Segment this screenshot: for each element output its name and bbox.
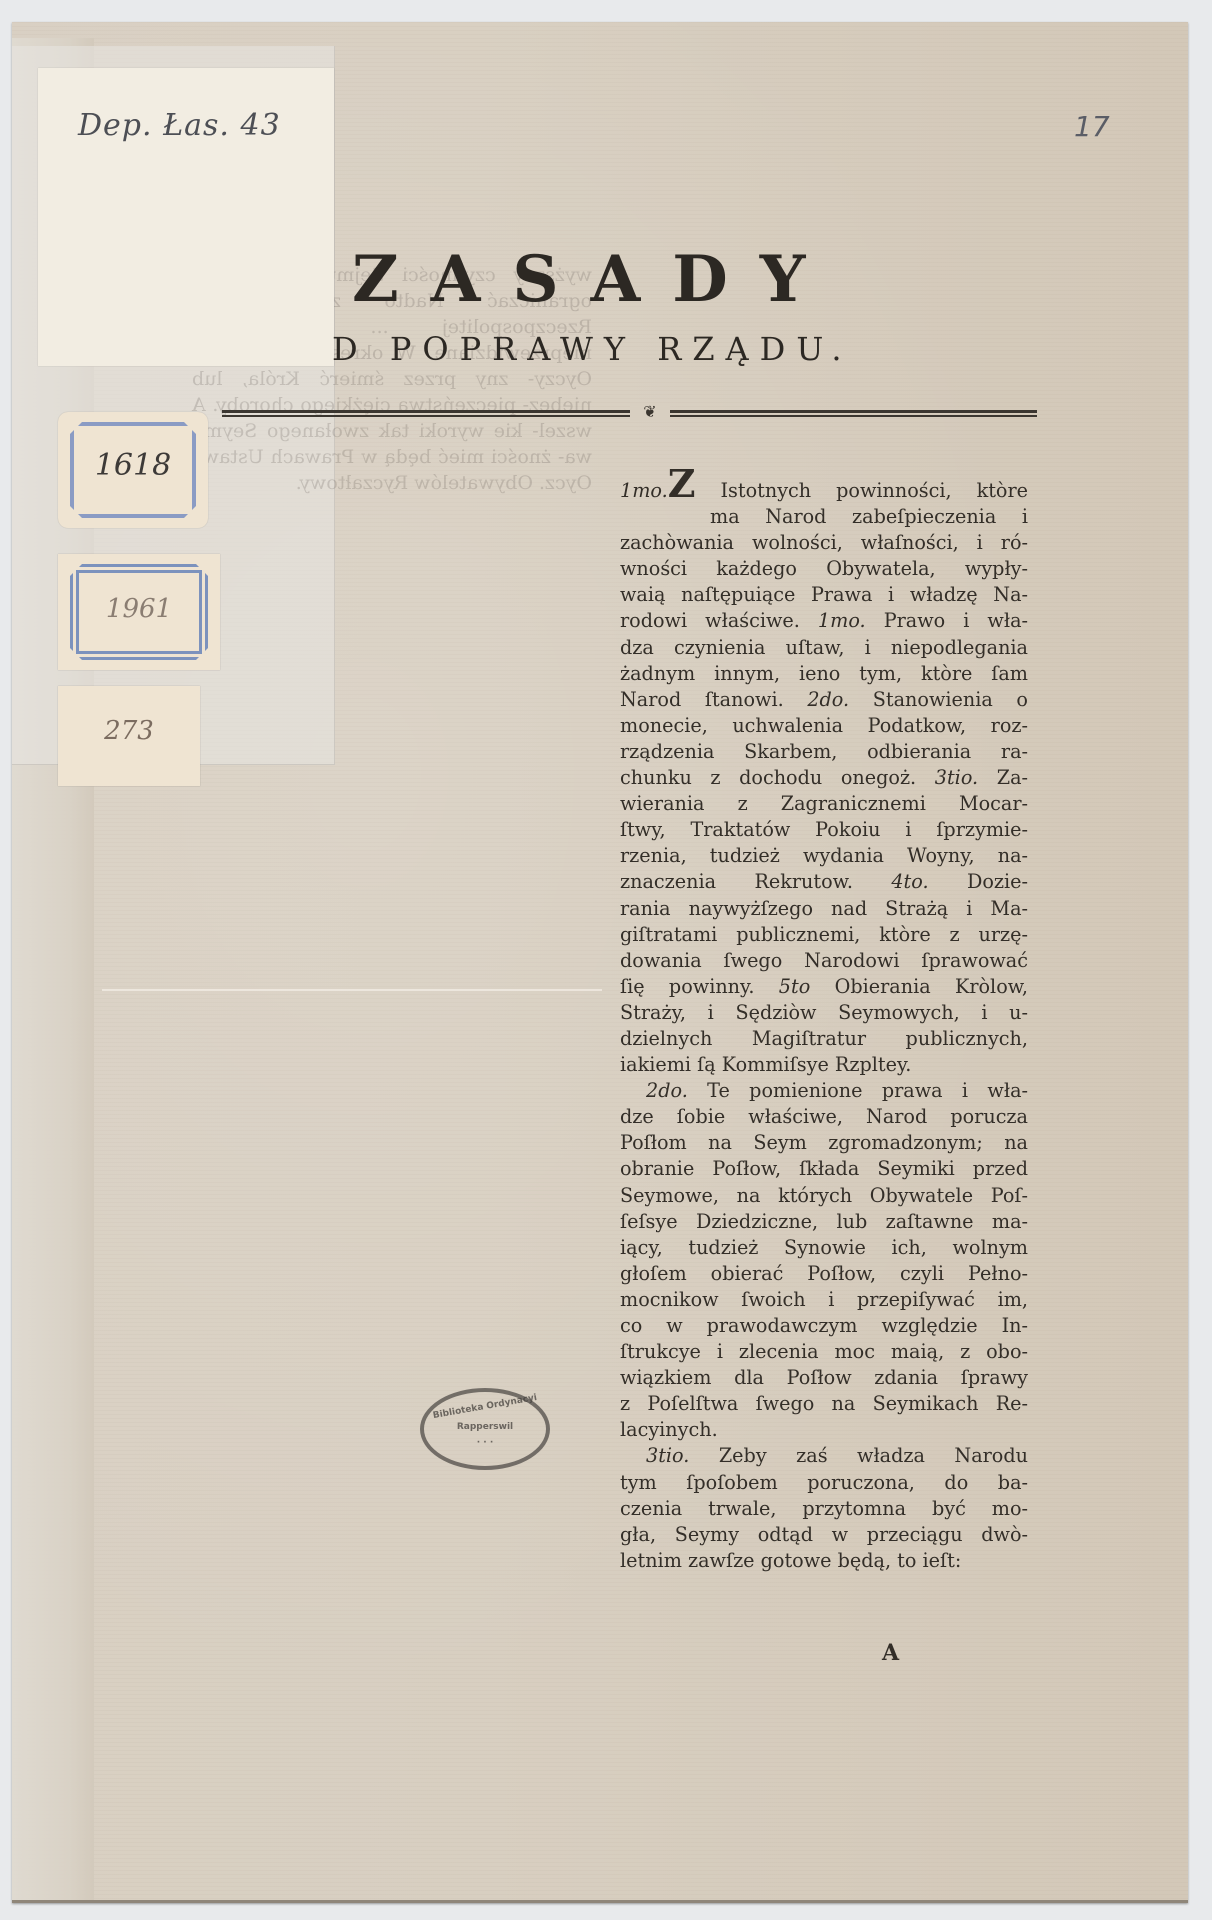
document-page: wyższey czynności Sejmu też Wojsko ogran… <box>12 22 1188 1903</box>
text-line: gła, Seymy odtąd w przeciągu dwò- <box>620 1522 1028 1548</box>
text-line: głoſem obierać Poſłow, czyli Pełno- <box>620 1261 1028 1287</box>
catchword: A <box>882 1640 899 1666</box>
text-line: ſtwy, Traktatów Pokoiu i ſprzymie- <box>620 817 1028 843</box>
text-line: dza czynienia uſtaw, i niepodlegania <box>620 635 1028 661</box>
section-number: 2do. <box>807 688 849 711</box>
text-line: Narod ſtanowi. 2do. Stanowienia o <box>620 687 1028 713</box>
text-line: z Poſelſtwa ſwego na Seymikach Re- <box>620 1391 1028 1417</box>
section-number: 4to. <box>891 870 928 893</box>
text-line: lacyinych. <box>620 1417 1028 1443</box>
text-line: rządzenia Skarbem, odbierania ra- <box>620 739 1028 765</box>
drop-cap: Z <box>668 461 696 506</box>
subtitle-text: POPRAWY RZĄDU. <box>390 330 853 368</box>
text-line: mocnikow ſwoich i przepiſywać im, <box>620 1287 1028 1313</box>
text-line: chunku z dochodu onegoż. 3tio. Za- <box>620 765 1028 791</box>
section-number: 1mo. <box>620 479 668 502</box>
subtitle-prefix: D <box>332 330 369 368</box>
text-line: wności każdego Obywatela, wypły- <box>620 556 1028 582</box>
text-line: co w prawodawczym względzie In- <box>620 1313 1028 1339</box>
text-line: letnim zawſze gotowe będą, to ieſt: <box>620 1548 1028 1574</box>
shelfmark-label-1: 1618 <box>58 412 208 528</box>
text-line: zachòwania wolności, właſności, i ró- <box>620 530 1028 556</box>
text-line: iący, tudzież Synowie ich, wolnym <box>620 1235 1028 1261</box>
paragraph-3: 3tio. Zeby zaś władza Narodutym ſpoſobem… <box>620 1443 1028 1573</box>
text-line: 1mo.Z Istotnych powinności, ktòre <box>620 474 1028 504</box>
shelfmark-number-2: 1961 <box>58 594 220 624</box>
shelfmark-label-3: 273 <box>58 686 200 786</box>
paragraph-1: 1mo.Z Istotnych powinności, ktòrema Naro… <box>620 474 1028 1078</box>
section-number: 3tio. <box>646 1444 689 1467</box>
text-line: giſtratami publicznemi, ktòre z urzę- <box>620 922 1028 948</box>
text-line: rodowi właściwe. 1mo. Prawo i wła- <box>620 608 1028 634</box>
paragraph-2: 2do. Te pomienione prawa i wła-dze ſobie… <box>620 1078 1028 1443</box>
text-line: ma Narod zabeſpieczenia i <box>620 504 1028 530</box>
text-line: dze ſobie właściwe, Narod porucza <box>620 1104 1028 1130</box>
ornamental-rule: ❦ <box>222 409 1037 419</box>
folio-number: 17 <box>1074 110 1110 143</box>
text-line: obranie Poſłow, ſkłada Seymiki przed <box>620 1156 1028 1182</box>
shelfmark-number-3: 273 <box>58 716 200 746</box>
section-number: 2do. <box>646 1079 688 1102</box>
shelfmark-number-1: 1618 <box>58 448 208 483</box>
text-line: ſeſsye Dziedziczne, lub zaſtawne ma- <box>620 1209 1028 1235</box>
text-line: wiązkiem dla Poſłow zdania ſprawy <box>620 1365 1028 1391</box>
text-line: dzielnych Magiſtratur publicznych, <box>620 1026 1028 1052</box>
text-line: ſtrukcye i zlecenia moc maią, z obo- <box>620 1339 1028 1365</box>
text-line: rania naywyżſzego nad Strażą i Ma- <box>620 896 1028 922</box>
text-line: Straży, i Sędziòw Seymowych, i u- <box>620 1000 1028 1026</box>
section-number: 3tio. <box>935 766 978 789</box>
text-line: tym ſpoſobem poruczona, do ba- <box>620 1470 1028 1496</box>
text-line: monecie, uchwalenia Podatkow, roz- <box>620 713 1028 739</box>
archive-signature: Dep. Łas. 43 <box>78 108 281 143</box>
ornament-icon: ❦ <box>630 403 670 421</box>
section-number: 5to <box>779 975 810 998</box>
text-line: wierania z Zagranicznemi Mocar- <box>620 791 1028 817</box>
text-line: ſię powinny. 5to Obierania Kròlow, <box>620 974 1028 1000</box>
text-line: iakiemi ſą Kommiſsye Rzpltey. <box>620 1052 1028 1078</box>
body-text: 1mo.Z Istotnych powinności, ktòrema Naro… <box>620 474 1028 1574</box>
library-stamp: Biblioteka Ordynacyi Rapperswil · · · <box>420 1388 550 1470</box>
text-line: czenia trwale, przytomna być mo- <box>620 1496 1028 1522</box>
text-line: dowania ſwego Narodowi ſprawować <box>620 948 1028 974</box>
text-line: żadnym innym, ieno tym, ktòre ſam <box>620 661 1028 687</box>
text-line: 2do. Te pomienione prawa i wła- <box>620 1078 1028 1104</box>
section-number: 1mo. <box>818 609 866 632</box>
shelfmark-label-2: 1961 <box>58 554 220 670</box>
document-title: ZASADY <box>352 242 932 317</box>
paper-crease <box>102 989 602 991</box>
text-line: Poſłom na Seym zgromadzonym; na <box>620 1130 1028 1156</box>
text-line: 3tio. Zeby zaś władza Narodu <box>620 1443 1028 1469</box>
text-line: rzenia, tudzież wydania Woyny, na- <box>620 843 1028 869</box>
archive-label: Dep. Łas. 43 <box>38 68 334 366</box>
document-subtitle: D POPRAWY RZĄDU. <box>332 330 853 368</box>
text-line: Seymowe, na których Obywatele Poſ- <box>620 1183 1028 1209</box>
text-line: waią naſtępuiące Prawa i władzę Na- <box>620 582 1028 608</box>
text-line: znaczenia Rekrutow. 4to. Dozie- <box>620 869 1028 895</box>
